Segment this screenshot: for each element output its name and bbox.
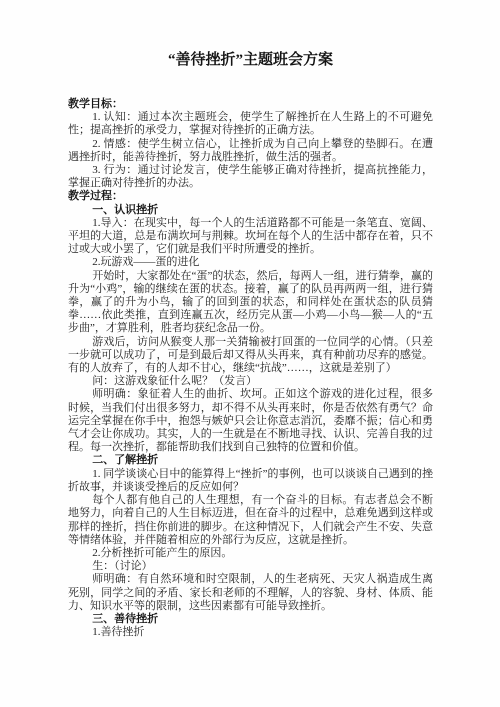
para-question: 问：这游戏象征什么呢？（发言） — [68, 375, 433, 388]
heading-teaching-objectives: 教学目标： — [68, 98, 433, 111]
section-1-heading: 一、认识挫折 — [68, 204, 433, 217]
objective-behavior: 3. 行为：通过讨论发言，使学生能够正确对待挫折，提高抗挫能力，掌握正确对待挫折… — [68, 164, 433, 190]
para-treat-setbacks: 1.善待挫折 — [68, 626, 433, 639]
document-body: 教学目标： 1. 认知：通过本次主题班会，使学生了解挫折在人生路上的不可避免性；… — [68, 98, 433, 639]
para-teacher-summary-1: 师明确：象征着人生的曲折、坎坷。正如这个游戏的进化过程，很多时候，当我们付出很多… — [68, 388, 433, 454]
para-game-rules: 开始时，大家都处在“蛋”的状态，然后，每两人一组，进行猜拳，赢的升为“小鸡”，输… — [68, 270, 433, 336]
para-teacher-summary-2: 师明确：有自然环境和时空限制，人的生老病死、天灾人祸造成生离死别，同学之间的矛盾… — [68, 573, 433, 613]
section-2-heading: 二、了解挫折 — [68, 454, 433, 467]
objective-emotion: 2. 情感：使学生树立信心，让挫折成为自己向上攀登的垫脚石。在遭遇挫折时，能善待… — [68, 138, 433, 164]
section-3-heading: 三、善待挫折 — [68, 613, 433, 626]
para-life-ideal: 每个人都有他自己的人生理想，有一个奋斗的目标。有志者总会不断地努力，向着自己的人… — [68, 494, 433, 547]
para-game-title: 2.玩游戏——蛋的进化 — [68, 256, 433, 269]
para-student-discussion: 生：（讨论） — [68, 560, 433, 573]
page-title: “善待挫折”主题班会方案 — [68, 51, 433, 70]
para-intro: 1.导入：在现实中，每一个人的生活道路都不可能是一条笔直、宽阔、平坦的大道，总是… — [68, 217, 433, 257]
heading-teaching-process: 教学过程： — [68, 190, 433, 203]
para-share-examples: 1. 同学谈谈心目中的能算得上“挫折”的事例，也可以谈谈自己遇到的挫折故事，并谈… — [68, 468, 433, 494]
objective-cognition: 1. 认知：通过本次主题班会，使学生了解挫折在人生路上的不可避免性；提高挫折的承… — [68, 111, 433, 137]
para-analyze-causes: 2.分析挫折可能产生的原因。 — [68, 547, 433, 560]
document-page: “善待挫折”主题班会方案 教学目标： 1. 认知：通过本次主题班会，使学生了解挫… — [0, 0, 500, 707]
para-game-interview: 游戏后，访问从猴变人那一关猜输被打回蛋的一位同学的心情。（只差一步就可以成功了，… — [68, 336, 433, 376]
